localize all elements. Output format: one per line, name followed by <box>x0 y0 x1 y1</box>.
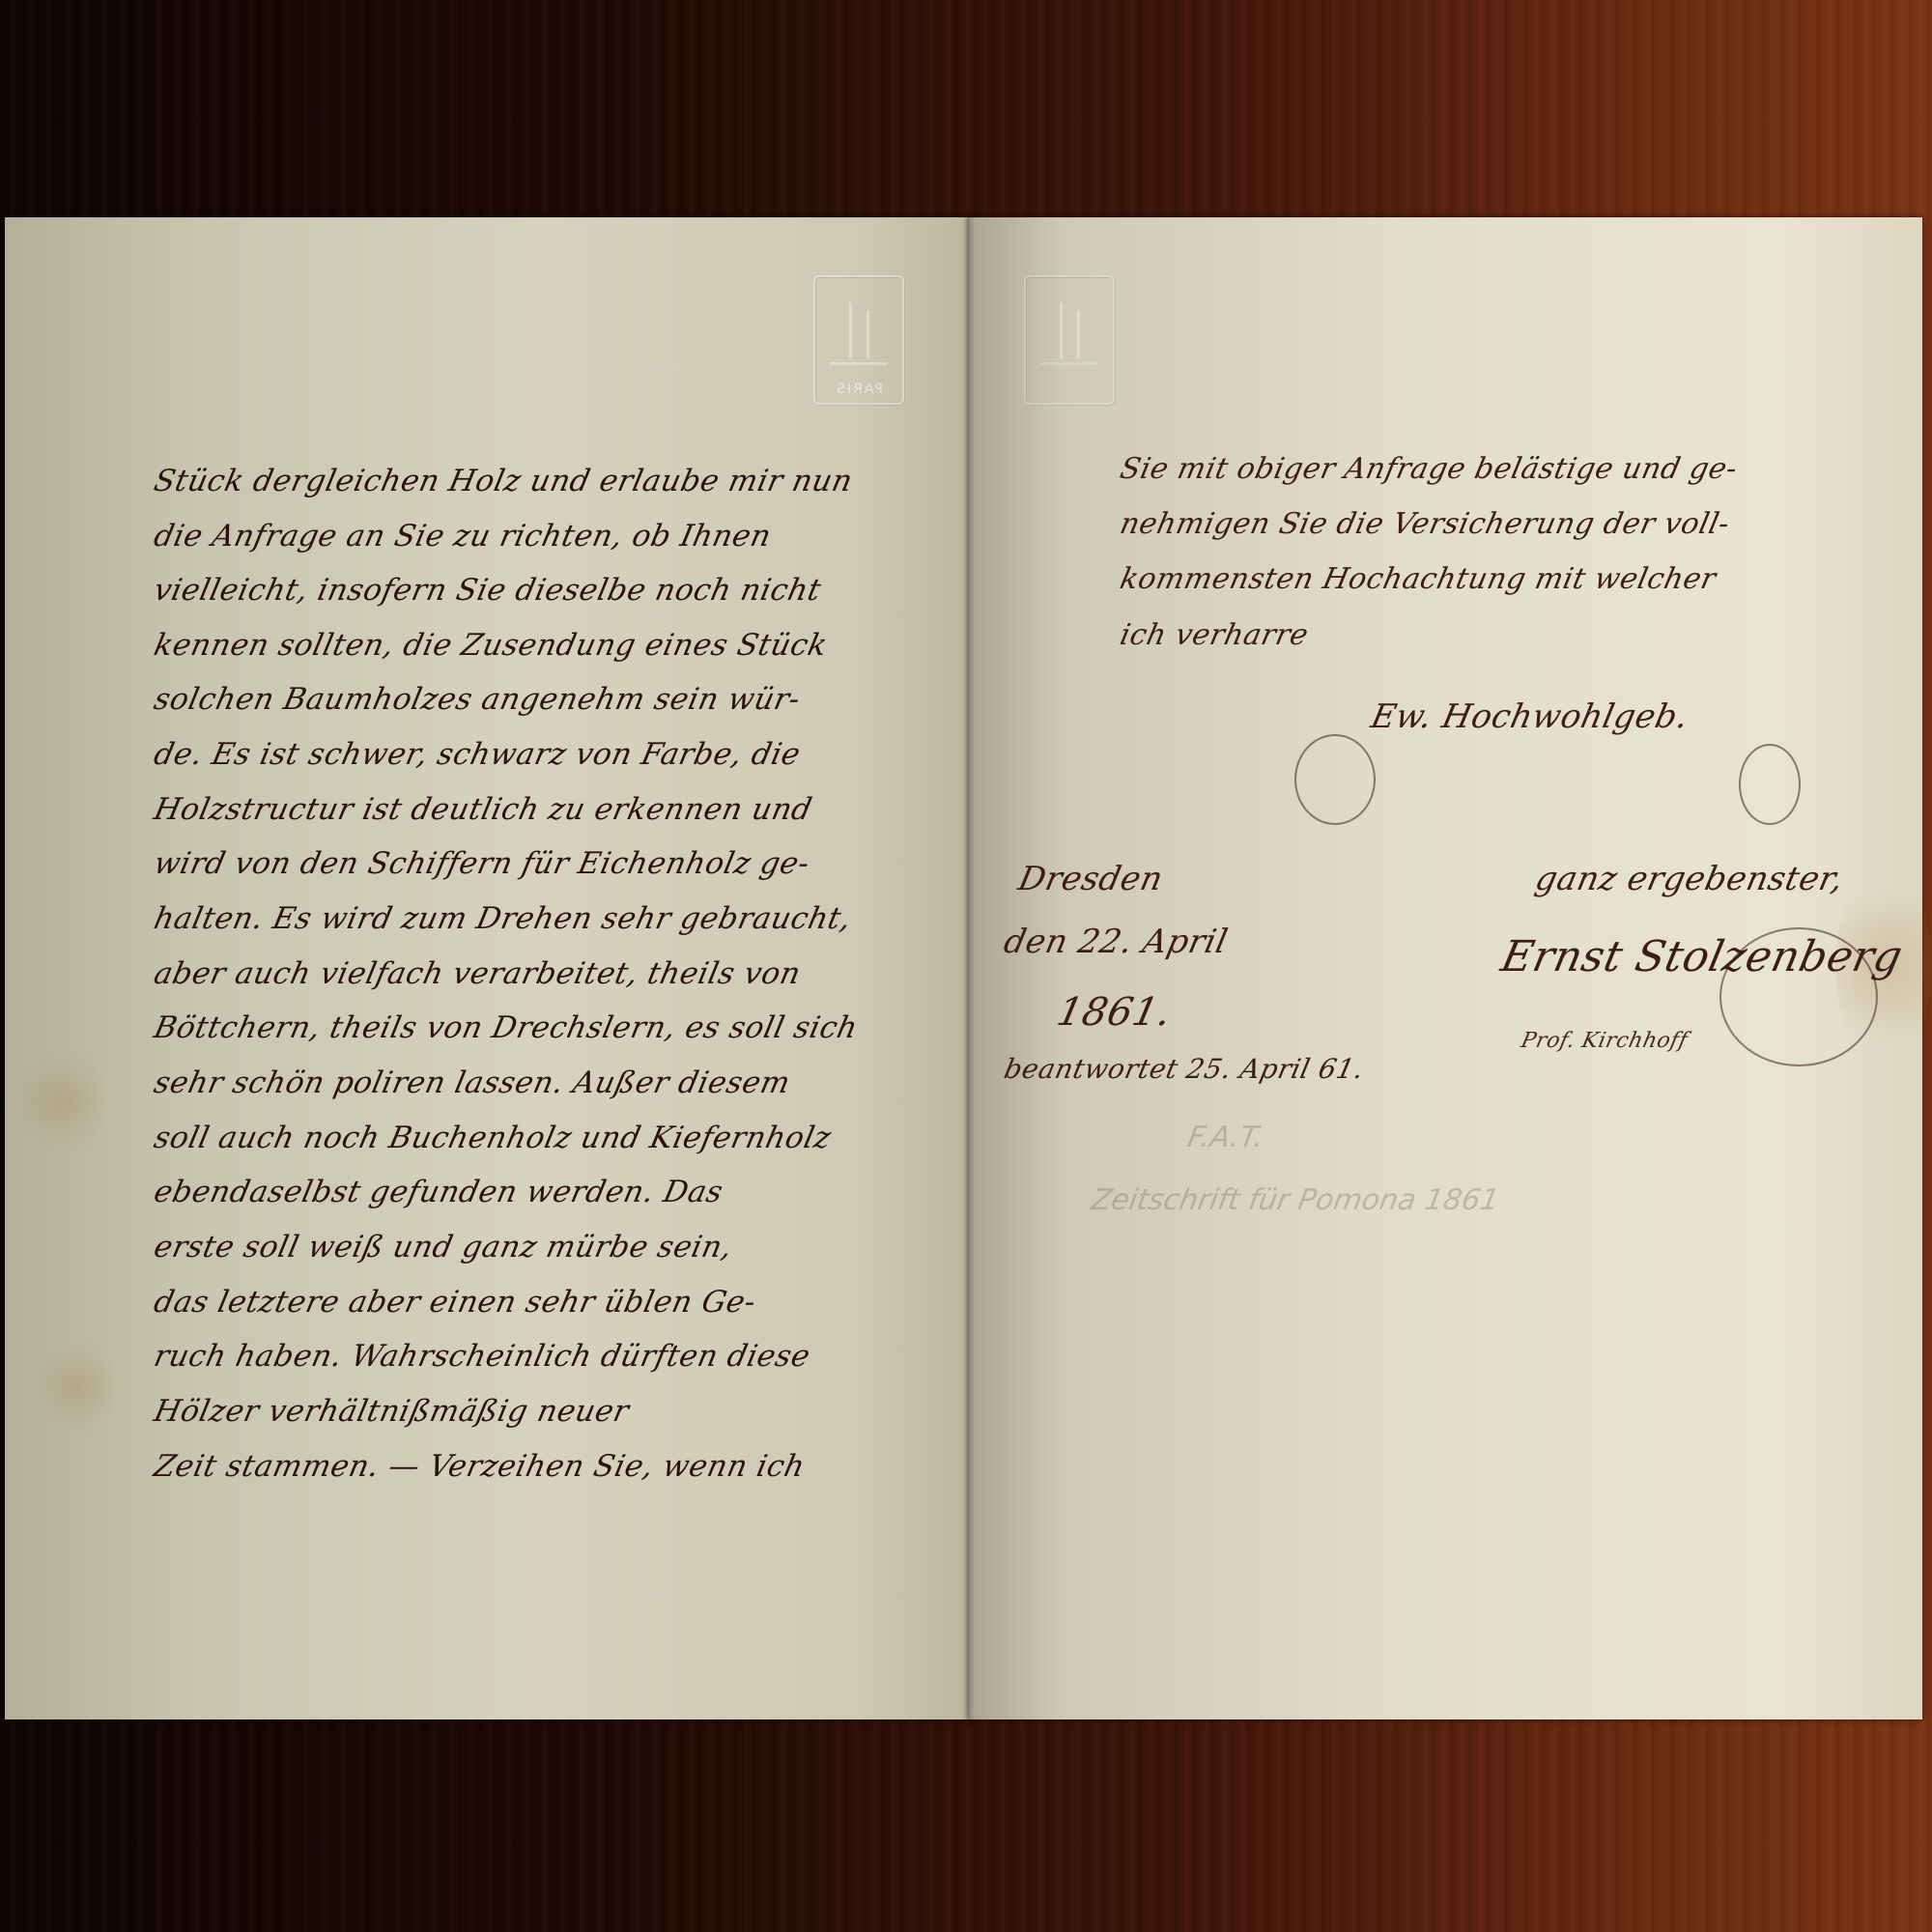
place: Dresden <box>1015 860 1167 898</box>
text-line: wird von den Schiffern für Eichenholz ge… <box>151 846 812 881</box>
paper-stain <box>19 1043 106 1159</box>
text-line: kommensten Hochachtung mit welcher <box>1117 562 1719 596</box>
text-line: das letztere aber einen sehr üblen Ge- <box>151 1285 759 1320</box>
text-line: die Anfrage an Sie zu richten, ob Ihnen <box>151 519 774 554</box>
text-line: nehmigen Sie die Versicherung der voll- <box>1117 507 1732 541</box>
text-line: soll auch noch Buchenholz und Kiefernhol… <box>151 1121 834 1155</box>
text-line: Holzstructur ist deutlich zu erkennen un… <box>151 792 815 827</box>
text-line: ruch haben. Wahrscheinlich dürften diese <box>151 1339 813 1374</box>
text-line: solchen Baumholzes angenehm sein wür- <box>151 682 804 717</box>
text-line: vielleicht, insofern Sie dieselbe noch n… <box>151 573 824 608</box>
closing-phrase: ganz ergebenster, <box>1532 860 1847 898</box>
text-line: Böttchern, theils von Drechslern, es sol… <box>151 1010 861 1045</box>
text-line: erste soll weiß und ganz mürbe sein, <box>151 1230 735 1264</box>
text-line: ebendaselbst gefunden werden. Das <box>151 1175 726 1209</box>
flourish-decoration <box>1739 744 1801 825</box>
text-line: ich verharre <box>1117 618 1311 652</box>
text-line: Sie mit obiger Anfrage belästige und ge- <box>1117 452 1740 486</box>
year: 1861. <box>1053 990 1176 1035</box>
ship-icon <box>830 295 888 365</box>
date-line: den 22. April <box>1001 923 1232 961</box>
text-line: Zeit stammen. — Verzeihen Sie, wenn ich <box>151 1449 808 1484</box>
pencil-note: Zeitschrift für Pomona 1861 <box>1089 1183 1502 1217</box>
text-line: de. Es ist schwer, schwarz von Farbe, di… <box>151 737 804 772</box>
text-line: kennen sollten, die Zusendung eines Stüc… <box>151 628 831 663</box>
signature-flourish <box>1719 927 1878 1066</box>
annotation-note: Prof. Kirchhoff <box>1519 1029 1690 1053</box>
ship-icon <box>1040 295 1098 365</box>
pencil-note: F.A.T. <box>1185 1121 1266 1154</box>
embossed-ship-stamp-mirror <box>1024 275 1115 405</box>
receipt-note: beantwortet 25. April 61. <box>1001 1053 1366 1085</box>
text-line: sehr schön poliren lassen. Außer diesem <box>151 1065 793 1100</box>
emboss-text: PARIS <box>815 382 902 397</box>
flourish-decoration <box>1294 734 1376 825</box>
text-line: Stück dergleichen Holz und erlaube mir n… <box>151 464 856 498</box>
text-line: aber auch vielfach verarbeitet, theils v… <box>151 956 804 991</box>
page-fold <box>963 217 975 1719</box>
text-line: Hölzer verhältnißmäßig neuer <box>151 1394 632 1429</box>
embossed-ship-stamp: PARIS <box>813 275 904 405</box>
text-line: halten. Es wird zum Drehen sehr gebrauch… <box>151 901 854 936</box>
paper-stain <box>39 1333 116 1439</box>
salutation: Ew. Hochwohlgeb. <box>1368 697 1692 736</box>
